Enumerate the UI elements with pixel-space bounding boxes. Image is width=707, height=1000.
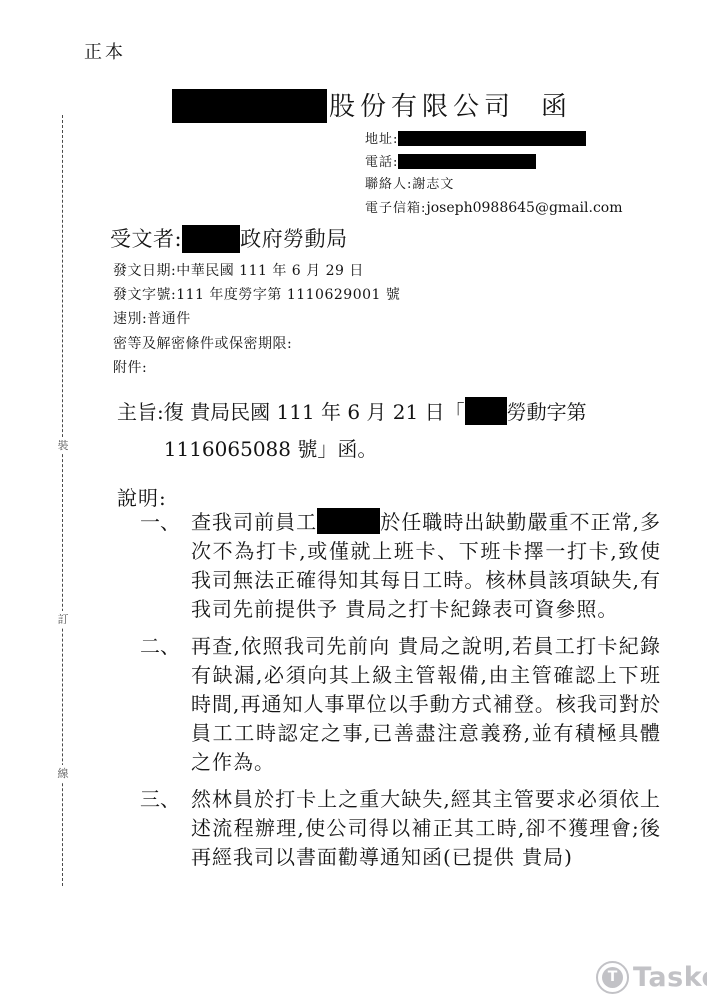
contact-label: 聯絡人: bbox=[365, 177, 412, 192]
meta-label: 速別: bbox=[113, 311, 147, 327]
item-text: 查我司前員工於任職時出缺勤嚴重不正常,多次不為打卡,或僅就上班卡、下班卡擇一打卡… bbox=[191, 508, 661, 624]
phone-label: 電話: bbox=[365, 155, 398, 170]
meta-value: 中華民國 111 年 6 月 29 日 bbox=[176, 263, 364, 279]
sender-email-row: 電子信箱:joseph0988645@gmail.com bbox=[365, 197, 623, 220]
redaction-address bbox=[398, 131, 586, 146]
meta-security-class: 密等及解密條件或保密期限: bbox=[113, 332, 400, 356]
tasker-logo-icon: T bbox=[596, 961, 629, 994]
meta-label: 發文日期: bbox=[113, 263, 176, 279]
email-label: 電子信箱: bbox=[365, 201, 426, 216]
subject-line: 主旨: 復 貴局民國 111 年 6 月 21 日「勞動字第 111606508… bbox=[117, 394, 606, 468]
list-item-1: 一、 查我司前員工於任職時出缺勤嚴重不正常,多次不為打卡,或僅就上班卡、下班卡擇… bbox=[140, 508, 661, 624]
meta-issue-date: 發文日期:中華民國 111 年 6 月 29 日 bbox=[113, 259, 400, 283]
meta-label: 附件: bbox=[113, 360, 147, 376]
sender-contact-row: 聯絡人:謝志文 bbox=[365, 174, 623, 197]
recipient-label: 受文者: bbox=[110, 227, 182, 251]
tasker-logo-letter: T bbox=[602, 967, 623, 988]
meta-speed-class: 速別:普通件 bbox=[113, 307, 400, 331]
letter-title-company-suffix: 股份有限公司 bbox=[329, 92, 515, 122]
item-number: 一、 bbox=[140, 508, 191, 624]
redaction-phone bbox=[398, 154, 536, 169]
sender-phone-row: 電話: bbox=[365, 152, 623, 175]
item-number: 二、 bbox=[140, 632, 191, 777]
document-meta-block: 發文日期:中華民國 111 年 6 月 29 日 發文字號:111 年度勞字第 … bbox=[113, 259, 400, 380]
recipient-org-suffix: 政府勞動局 bbox=[240, 227, 348, 251]
redaction-employee-name bbox=[317, 508, 380, 534]
meta-label: 密等及解密條件或保密期限: bbox=[113, 336, 292, 352]
address-label: 地址: bbox=[365, 132, 398, 147]
redaction-recipient-name bbox=[182, 225, 240, 253]
copy-type-label: 正本 bbox=[84, 38, 126, 64]
tasker-watermark-text: Tasker bbox=[633, 962, 707, 993]
explanation-section-label: 說明: bbox=[117, 482, 167, 511]
subject-content: 復 貴局民國 111 年 6 月 21 日「勞動字第 1116065088 號」… bbox=[164, 394, 606, 468]
subject-label: 主旨: bbox=[117, 394, 164, 468]
redaction-company-name bbox=[172, 89, 327, 123]
list-item-3: 三、 然林員於打卡上之重大缺失,經其主管要求必須依上述流程辦理,使公司得以補正其… bbox=[140, 785, 661, 872]
meta-attachment: 附件: bbox=[113, 356, 400, 380]
meta-label: 發文字號: bbox=[113, 287, 176, 303]
item-text: 然林員於打卡上之重大缺失,經其主管要求必須依上述流程辦理,使公司得以補正其工時,… bbox=[191, 785, 661, 872]
recipient-line: 受文者:政府勞動局 bbox=[110, 223, 348, 253]
letter-title: 股份有限公司函 bbox=[172, 86, 567, 123]
binding-fold-line: 裝 訂 線 bbox=[62, 115, 63, 886]
official-letter-page: 正本 裝 訂 線 股份有限公司函 地址: 電話: 聯絡人:謝志文 電子信箱:jo… bbox=[0, 0, 707, 1000]
binding-mark-xian: 線 bbox=[56, 765, 70, 782]
sender-info-block: 地址: 電話: 聯絡人:謝志文 電子信箱:joseph0988645@gmail… bbox=[365, 129, 623, 219]
explanation-list: 一、 查我司前員工於任職時出缺勤嚴重不正常,多次不為打卡,或僅就上班卡、下班卡擇… bbox=[140, 508, 661, 880]
sender-address-row: 地址: bbox=[365, 129, 623, 152]
subject-text-before: 復 貴局民國 111 年 6 月 21 日「 bbox=[164, 400, 465, 424]
contact-name: 謝志文 bbox=[412, 177, 454, 192]
binding-mark-ding: 訂 bbox=[56, 611, 70, 628]
letter-doc-type: 函 bbox=[541, 92, 567, 122]
email-value: joseph0988645@gmail.com bbox=[426, 200, 622, 216]
meta-value: 普通件 bbox=[147, 311, 191, 327]
redaction-subject-ref bbox=[465, 397, 507, 425]
item-text: 再查,依照我司先前向 貴局之說明,若員工打卡紀錄有缺漏,必須向其上級主管報備,由… bbox=[191, 632, 661, 777]
item-number: 三、 bbox=[140, 785, 191, 872]
list-item-2: 二、 再查,依照我司先前向 貴局之說明,若員工打卡紀錄有缺漏,必須向其上級主管報… bbox=[140, 632, 661, 777]
item1-text-before: 查我司前員工 bbox=[191, 510, 317, 534]
binding-mark-zhuang: 裝 bbox=[56, 437, 70, 454]
meta-ref-number: 發文字號:111 年度勞字第 1110629001 號 bbox=[113, 283, 400, 307]
meta-value: 111 年度勞字第 1110629001 號 bbox=[176, 287, 400, 303]
tasker-watermark: T Tasker bbox=[596, 961, 707, 994]
